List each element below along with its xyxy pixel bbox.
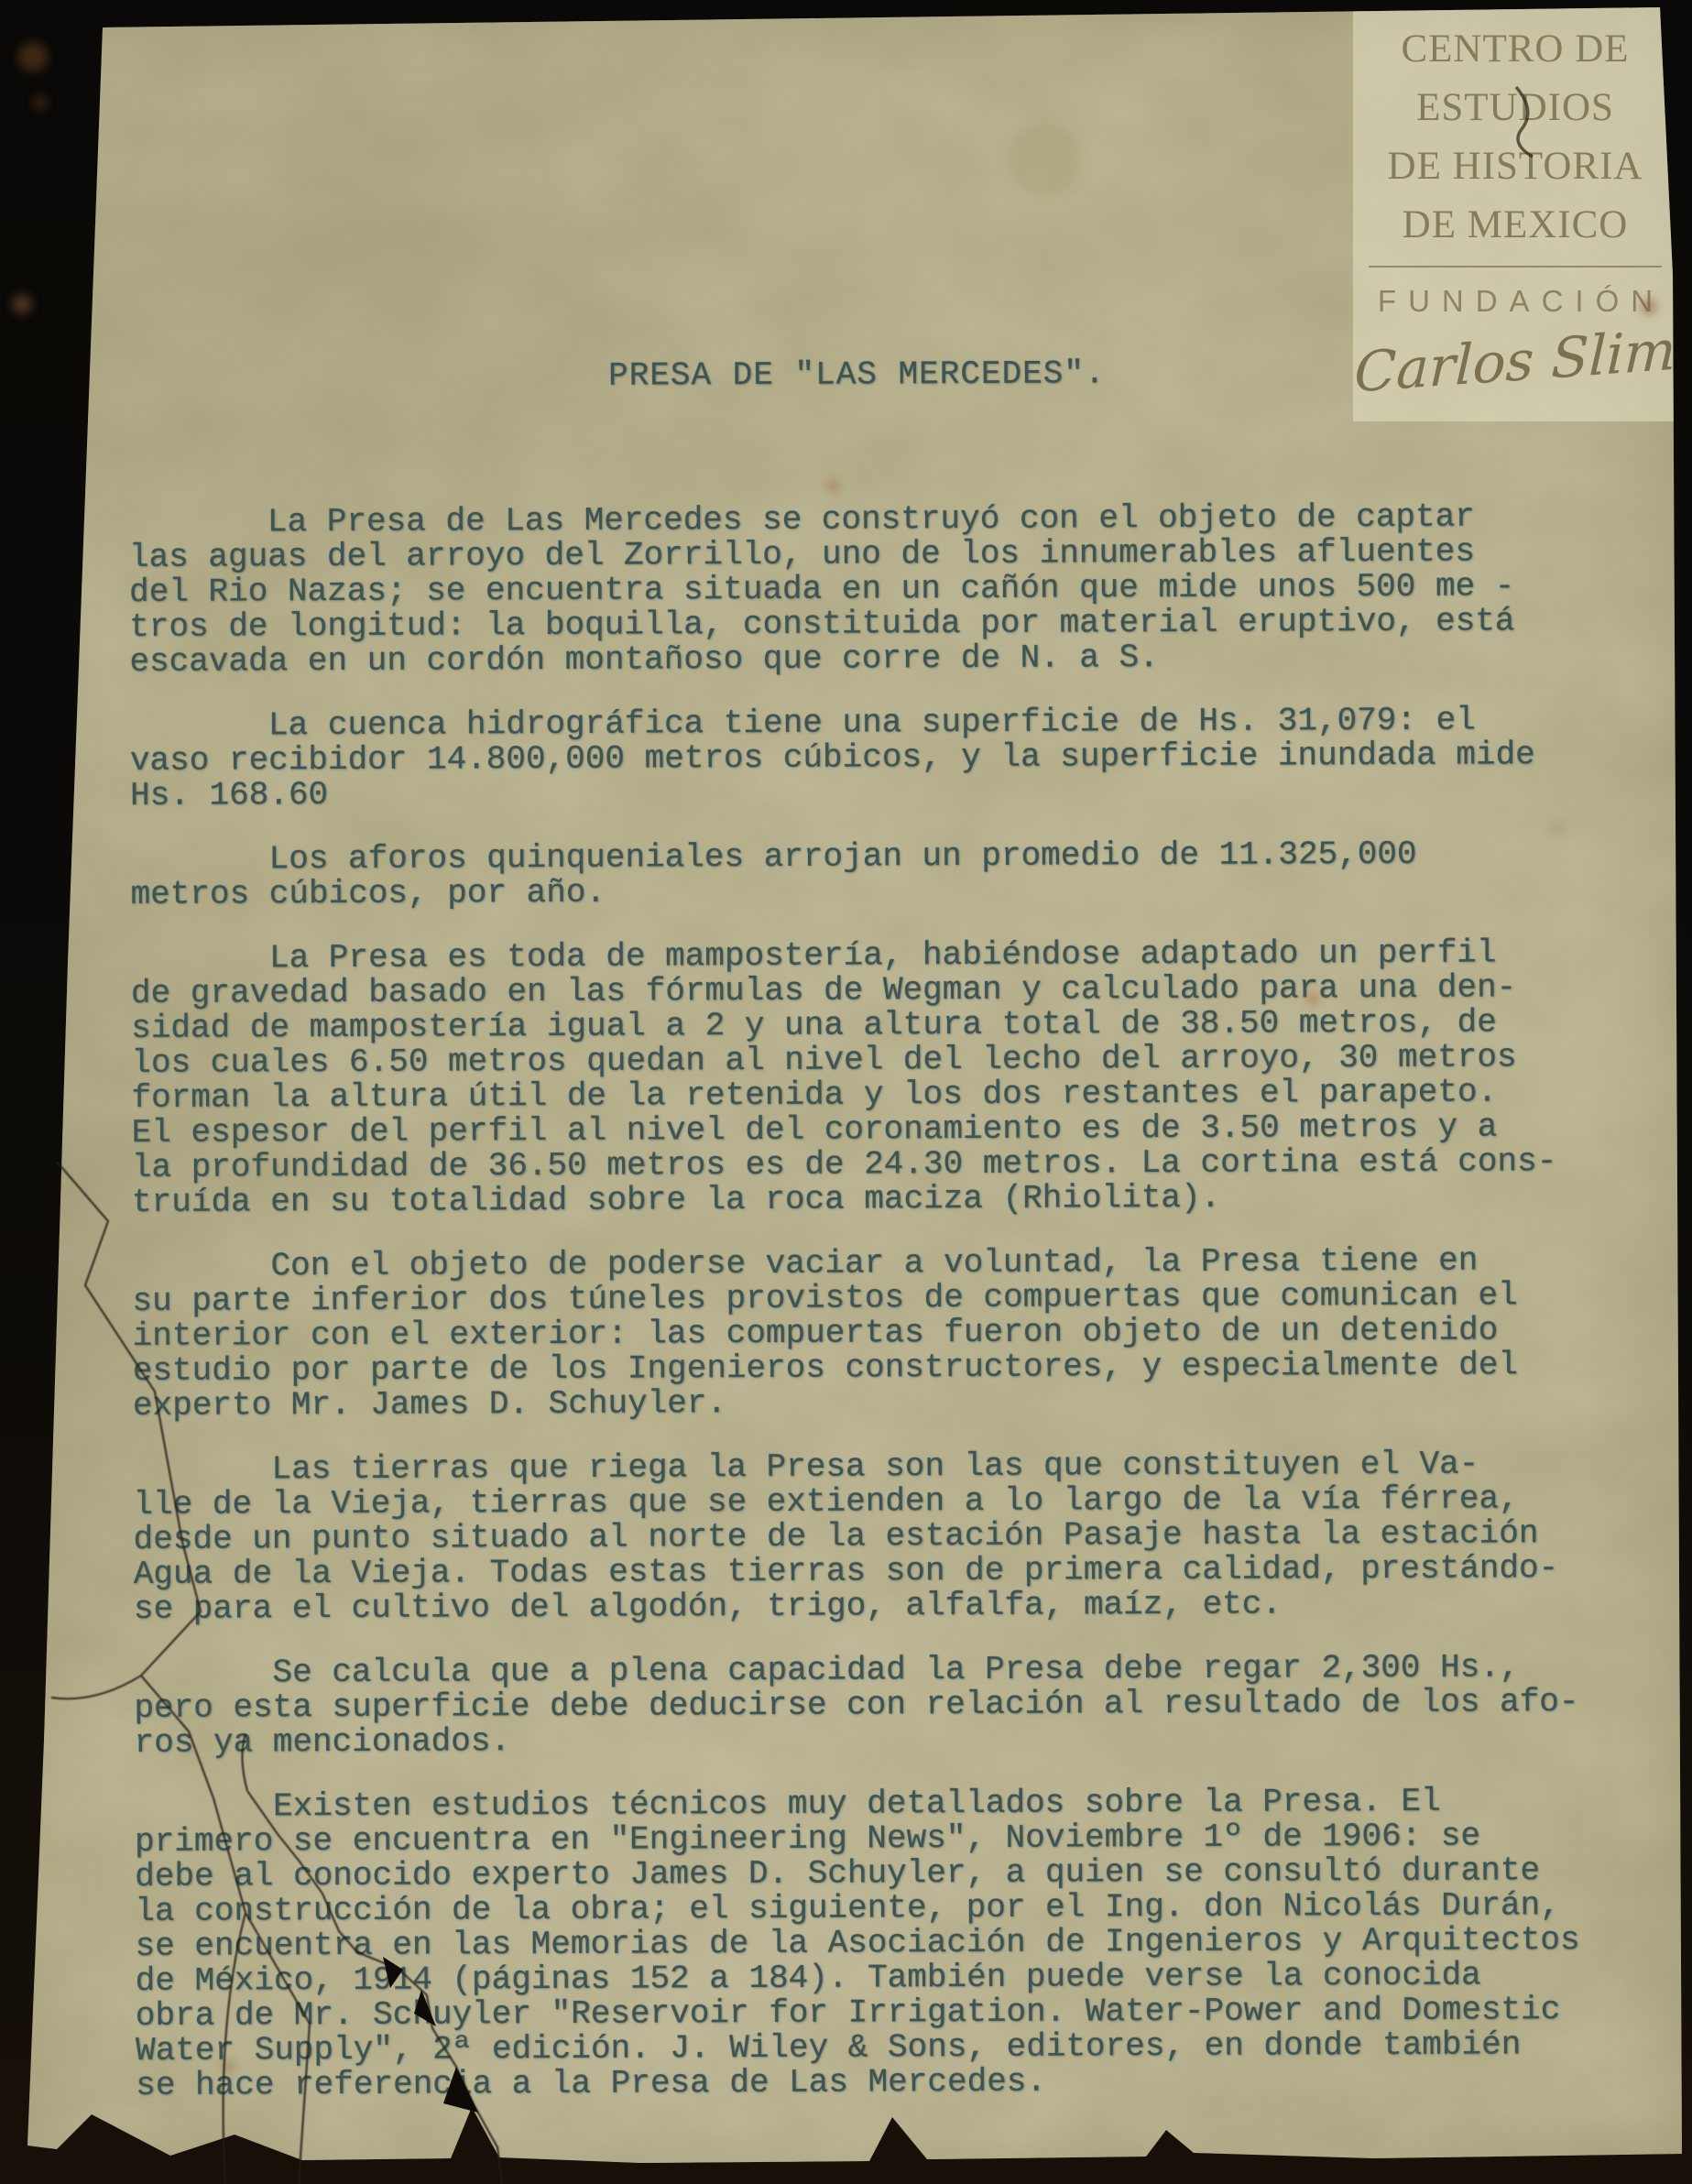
watermark-foundation-label: FUNDACIÓN	[1378, 284, 1665, 319]
paragraph-6: Las tierras que riega la Presa son las q…	[133, 1447, 1609, 1627]
watermark-line-3: DE HISTORIA	[1388, 137, 1643, 196]
watermark-divider	[1369, 266, 1662, 268]
paragraph-1: La Presa de Las Mercedes se construyó co…	[129, 499, 1605, 680]
paragraph-2: La cuenca hidrográfica tiene una superfi…	[130, 703, 1605, 814]
watermark-line-4: DE MEXICO	[1403, 196, 1629, 255]
paragraph-3: Los aforos quinqueniales arrojan un prom…	[130, 836, 1605, 912]
paragraph-7: Se calcula que a plena capacidad la Pres…	[134, 1650, 1609, 1761]
watermark-signature: Carlos Slim	[1353, 319, 1677, 406]
paragraph-8: Existen estudios técnicos muy detallados…	[135, 1784, 1610, 2103]
paragraph-4: La Presa es toda de mampostería, habiénd…	[131, 935, 1607, 1220]
paragraph-5: Con el objeto de poderse vaciar a volunt…	[132, 1243, 1608, 1424]
watermark-overlay: CENTRO DE ESTUDIOS DE HISTORIA DE MEXICO…	[1353, 7, 1677, 421]
scanned-document-background: PRESA DE "LAS MERCEDES". La Presa de Las…	[0, 0, 1692, 2184]
watermark-line-2: ESTUDIOS	[1416, 79, 1614, 137]
document-page: PRESA DE "LAS MERCEDES". La Presa de Las…	[0, 0, 1692, 2184]
document-body: PRESA DE "LAS MERCEDES". La Presa de Las…	[128, 355, 1610, 2133]
watermark-line-1: CENTRO DE	[1401, 20, 1629, 79]
